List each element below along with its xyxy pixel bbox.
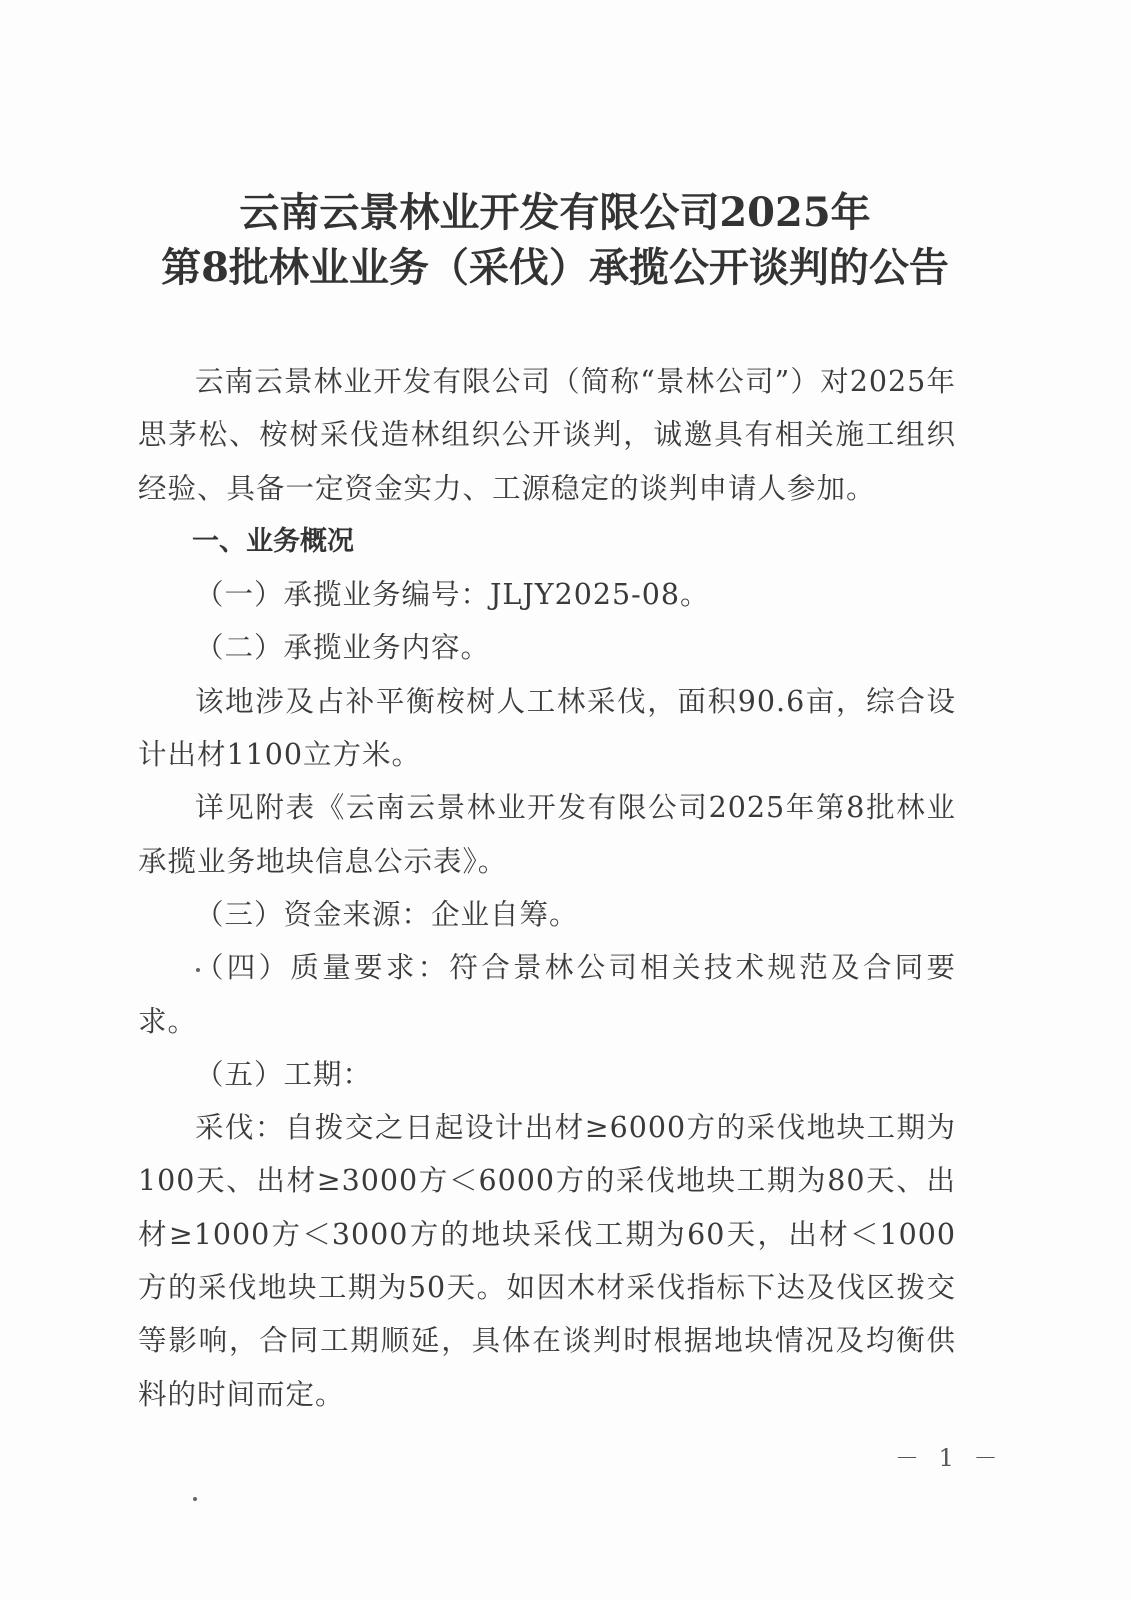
item-quality-requirement: （四）质量要求：符合景林公司相关技术规范及合同要求。 xyxy=(138,941,956,1048)
schedule-paragraph: 采伐：自拨交之日起设计出材≥6000方的采伐地块工期为100天、出材≥3000方… xyxy=(138,1101,956,1421)
document-title-line-2: 第8批林业业务（采伐）承揽公开谈判的公告 xyxy=(130,240,980,296)
page-number: － 1 － xyxy=(895,1438,1004,1473)
intro-paragraph: 云南云景林业开发有限公司（简称“景林公司”）对2025年思茅松、桉树采伐造林组织… xyxy=(138,355,956,515)
document-title-line-1: 云南云景林业开发有限公司2025年 xyxy=(130,185,980,241)
item-business-number: （一）承揽业务编号：JLJY2025-08。 xyxy=(138,568,956,621)
item-funding-source: （三）资金来源：企业自筹。 xyxy=(138,888,956,941)
content-paragraph-attachment: 详见附表《云南云景林业开发有限公司2025年第8批林业承揽业务地块信息公示表》。 xyxy=(138,781,956,888)
section-heading-business-overview: 一、业务概况 xyxy=(138,515,956,568)
document-page: 云南云景林业开发有限公司2025年 第8批林业业务（采伐）承揽公开谈判的公告 云… xyxy=(0,0,1131,1600)
item-business-content: （二）承揽业务内容。 xyxy=(138,621,956,674)
scan-speck xyxy=(193,1497,197,1501)
document-body: 云南云景林业开发有限公司（简称“景林公司”）对2025年思茅松、桉树采伐造林组织… xyxy=(138,355,956,1421)
content-paragraph-area: 该地涉及占补平衡桉树人工林采伐，面积90.6亩，综合设计出材1100立方米。 xyxy=(138,675,956,782)
item-schedule: （五）工期： xyxy=(138,1048,956,1101)
scan-speck xyxy=(196,968,200,972)
